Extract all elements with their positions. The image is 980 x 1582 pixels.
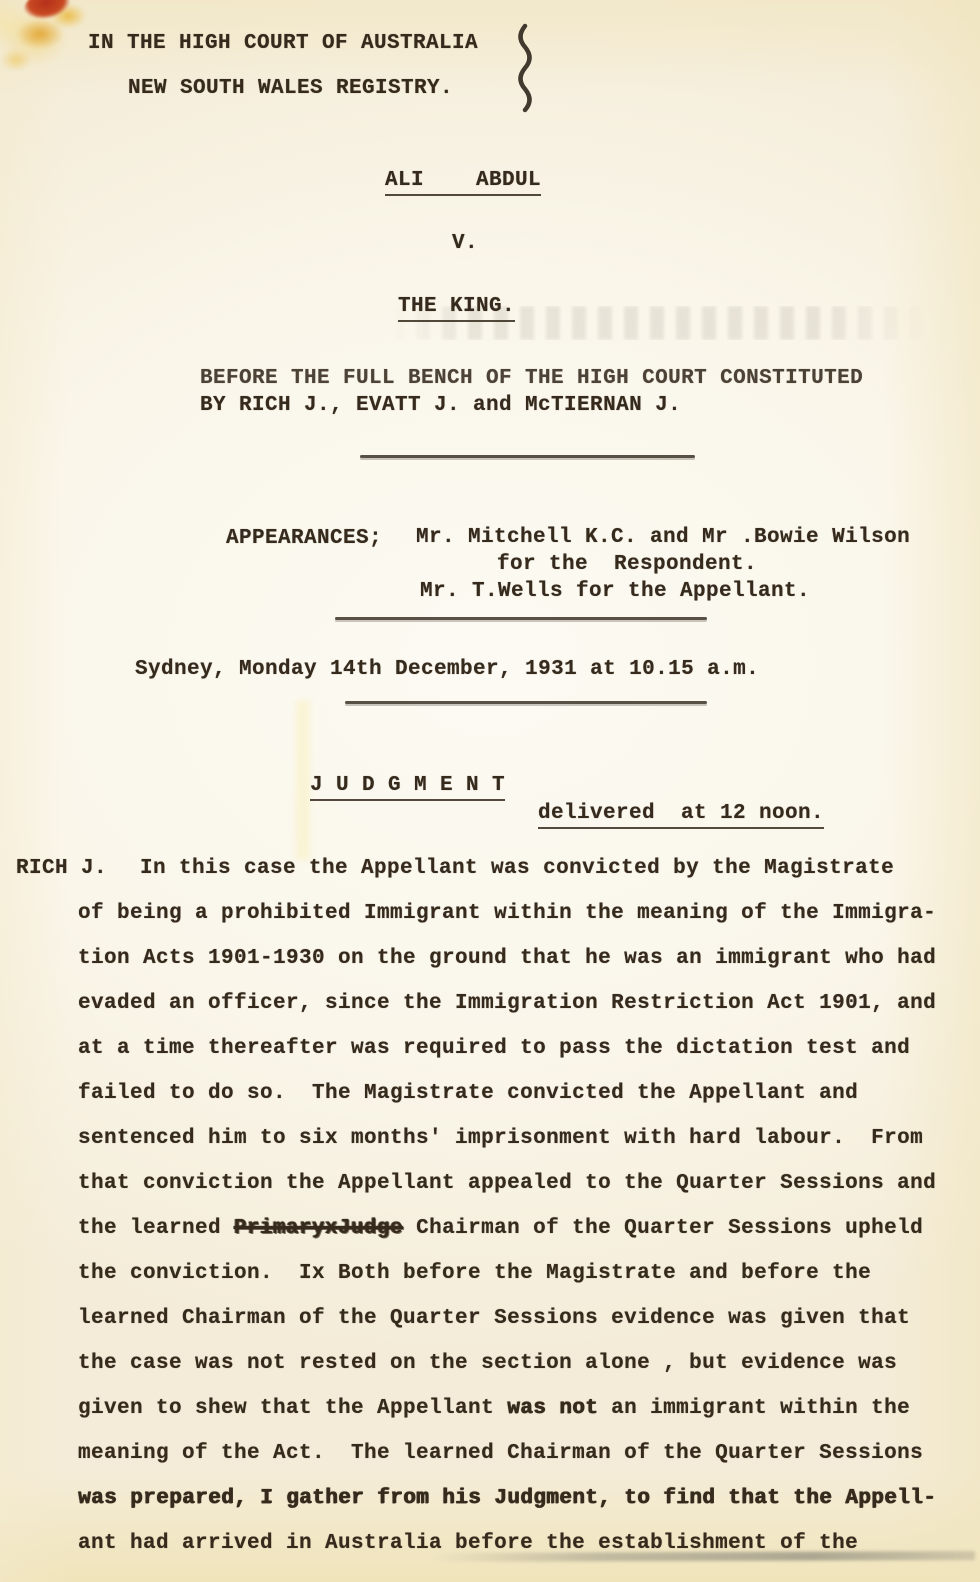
scanned-judgment-page: IN THE HIGH COURT OF AUSTRALIA NEW SOUTH… bbox=[0, 0, 980, 1582]
divider-rule-1 bbox=[360, 455, 695, 458]
body-text: evaded an officer, since the Immigration… bbox=[78, 993, 936, 1014]
struck-out-text: PrimaryxJudge bbox=[234, 1217, 403, 1240]
registry-name: NEW SOUTH WALES REGISTRY. bbox=[128, 78, 453, 99]
case-appellant: ALI ABDUL bbox=[385, 170, 541, 196]
body-text: of being a prohibited Immigrant within t… bbox=[78, 903, 936, 924]
body-text: tion Acts 1901-1930 on the ground that h… bbox=[78, 948, 936, 969]
court-name: IN THE HIGH COURT OF AUSTRALIA bbox=[88, 33, 478, 54]
body-text: was prepared, I gather from his Judgment… bbox=[78, 1488, 936, 1509]
case-versus: V. bbox=[452, 233, 478, 254]
sitting-line: Sydney, Monday 14th December, 1931 at 10… bbox=[135, 659, 759, 680]
bench-line1: BEFORE THE FULL BENCH OF THE HIGH COURT … bbox=[200, 368, 863, 389]
body-text: given to shew that the Appellant was not… bbox=[78, 1398, 910, 1419]
body-text: the conviction. Ix Both before the Magis… bbox=[78, 1263, 871, 1284]
divider-rule-3 bbox=[345, 701, 707, 704]
body-text: that conviction the Appellant appealed t… bbox=[78, 1173, 936, 1194]
body-text: learned Chairman of the Quarter Sessions… bbox=[78, 1308, 910, 1329]
paper-crease bbox=[296, 700, 310, 860]
body-text: at a time thereafter was required to pas… bbox=[78, 1038, 910, 1059]
overtyped-text: was not bbox=[507, 1397, 598, 1420]
case-respondent: THE KING. bbox=[398, 296, 515, 322]
judgment-delivery: delivered at 12 noon. bbox=[538, 803, 824, 829]
judge-name: RICH J. bbox=[16, 858, 107, 879]
right-curly-brace-icon bbox=[514, 22, 540, 119]
body-text: the learned PrimaryxJudge Chairman of th… bbox=[78, 1218, 923, 1239]
divider-rule-2 bbox=[335, 617, 707, 620]
appearances-respondent-counsel: Mr. Mitchell K.C. and Mr .Bowie Wilson bbox=[416, 527, 910, 548]
body-text: In this case the Appellant was convicted… bbox=[140, 858, 894, 879]
appearances-label: APPEARANCES; bbox=[226, 528, 382, 549]
appearances-for-respondent: for the Respondent. bbox=[497, 554, 757, 575]
body-text: meaning of the Act. The learned Chairman… bbox=[78, 1443, 923, 1464]
body-text: failed to do so. The Magistrate convicte… bbox=[78, 1083, 858, 1104]
body-text: sentenced him to six months' imprisonmen… bbox=[78, 1128, 923, 1149]
body-text: the case was not rested on the section a… bbox=[78, 1353, 897, 1374]
appearances-appellant-counsel: Mr. T.Wells for the Appellant. bbox=[420, 581, 810, 602]
body-text: ant had arrived in Australia before the … bbox=[78, 1533, 858, 1554]
judgment-heading: J U D G M E N T bbox=[310, 775, 505, 801]
bench-line2: BY RICH J., EVATT J. and McTIERNAN J. bbox=[200, 395, 681, 416]
